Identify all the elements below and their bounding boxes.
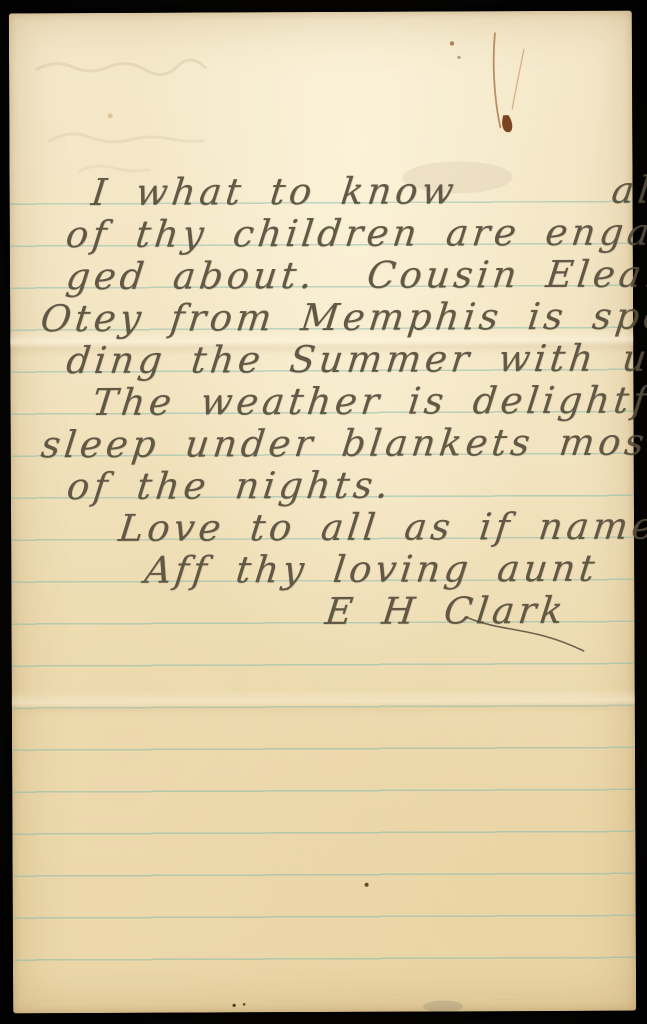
letter-line-2: of thy children are enga: [38, 212, 631, 257]
photo-background: I what to know all of thy children are e…: [0, 0, 647, 1024]
ink-blot: [502, 115, 512, 132]
letter-line-5: ding the Summer with us.: [38, 338, 631, 383]
letter-line-6: The weather is delightful: [39, 380, 632, 425]
letter-line-7: sleep under blankets most: [39, 422, 632, 467]
letter-line-3: ged about. Cousin Eleanor: [38, 254, 631, 299]
paper-crease: [12, 689, 635, 718]
letter-line-4: Otey from Memphis is spen: [38, 296, 631, 341]
letter-line-10: Aff thy loving aunt: [39, 548, 632, 593]
letter-line-11 signature-line: E H Clark: [40, 590, 633, 635]
letter-text: I what to know all of thy children are e…: [38, 170, 628, 635]
letter-line-8: of the nights.: [39, 464, 632, 509]
letter-line-1: I what to know all: [38, 170, 631, 215]
ink-stain-streaks: [494, 33, 525, 127]
letter-line-9: Love to all as if named: [39, 506, 632, 551]
corner-smudge: [423, 1000, 463, 1012]
ink-bleed-through: [37, 60, 205, 172]
letter-paper: I what to know all of thy children are e…: [9, 11, 636, 1014]
